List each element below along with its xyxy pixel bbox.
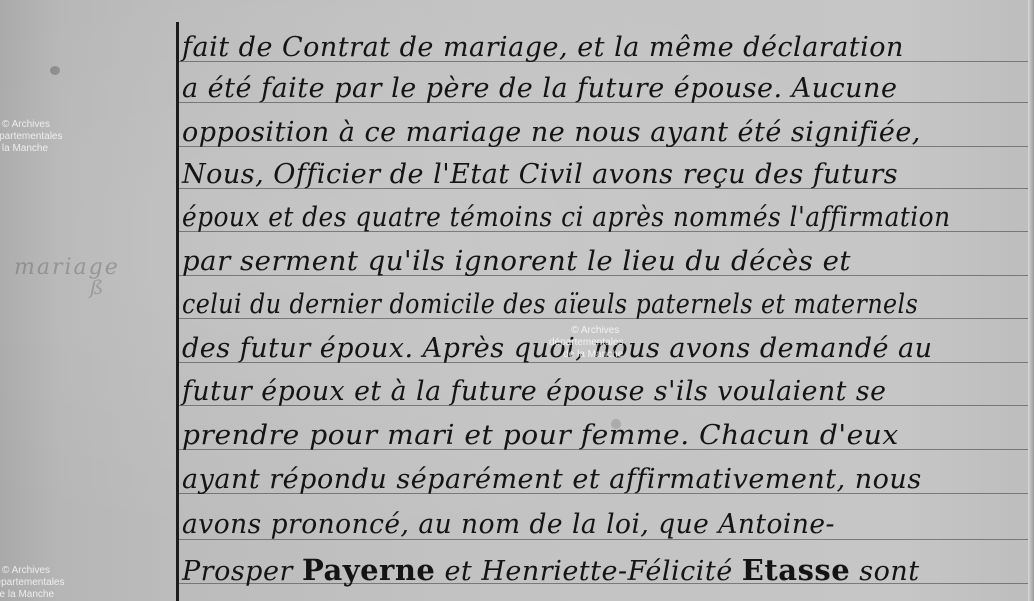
text-line-1: fait de Contrat de mariage, et la même d… bbox=[182, 33, 1030, 63]
margin-faded-annotation: mariage bbox=[14, 255, 120, 280]
watermark-center: © Archives départementales de la Manche bbox=[567, 325, 624, 361]
text-line-6: par serment qu'ils ignorent le lieu du d… bbox=[182, 247, 1034, 277]
text-line-7: celui du dernier domicile des aïeuls pat… bbox=[182, 290, 928, 320]
watermark-line: de la Manche bbox=[563, 349, 624, 361]
watermark-line: départementales bbox=[549, 337, 624, 349]
watermark-line: © Archives bbox=[2, 565, 65, 577]
text-line-13-pre: Prosper bbox=[182, 556, 302, 587]
watermark-line: départementales bbox=[0, 577, 65, 589]
groom-surname: Payerne bbox=[302, 553, 435, 587]
text-line-3: opposition à ce mariage ne nous ayant ét… bbox=[182, 118, 1030, 148]
text-line-2: a été faite par le père de la future épo… bbox=[182, 74, 1030, 104]
text-line-11: ayant répondu séparément et affirmativem… bbox=[182, 465, 1030, 495]
text-line-4: Nous, Officier de l'Etat Civil avons reç… bbox=[182, 160, 1030, 190]
watermark-line: départementales bbox=[0, 131, 63, 143]
text-line-13-mid: et Henriette-Félicité bbox=[435, 556, 741, 587]
margin-rule bbox=[176, 22, 179, 601]
watermark-line: © Archives bbox=[567, 325, 624, 337]
bride-surname: Etasse bbox=[742, 553, 850, 587]
scanned-register-page: mariage ß fait de Contrat de mariage, et… bbox=[0, 0, 1034, 601]
text-line-10: prendre pour mari et pour femme. Chacun … bbox=[182, 421, 1034, 451]
text-line-9: futur époux et à la future épouse s'ils … bbox=[182, 377, 1022, 407]
text-line-13: Prosper Payerne et Henriette-Félicité Et… bbox=[182, 555, 1030, 587]
text-line-12: avons prononcé, au nom de la loi, que An… bbox=[182, 510, 1013, 540]
watermark-line: © Archives bbox=[2, 119, 63, 131]
text-line-5: époux et des quatre témoins ci après nom… bbox=[182, 203, 962, 233]
text-line-13-post: sont bbox=[850, 556, 919, 587]
ink-stain bbox=[50, 66, 60, 75]
margin-faded-annotation-2: ß bbox=[90, 275, 103, 299]
watermark-line: de la Manche bbox=[0, 143, 63, 155]
watermark-left-top: © Archives départementales de la Manche bbox=[0, 119, 63, 155]
watermark-left-bottom: © Archives départementales de la Manche bbox=[0, 565, 65, 601]
watermark-line: de la Manche bbox=[0, 589, 65, 601]
